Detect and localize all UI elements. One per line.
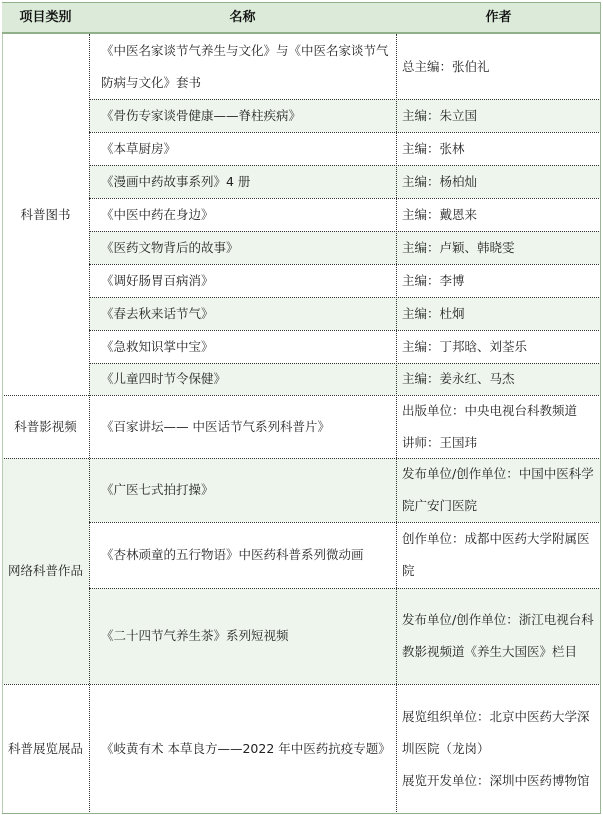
column-divider — [89, 34, 90, 814]
author-cell: 展览组织单位：北京中医药大学深圳医院（龙岗） 展览开发单位：深圳中医药博物馆 — [396, 684, 601, 814]
row-divider — [2, 395, 601, 396]
row-divider — [89, 297, 601, 298]
table-left-edge — [2, 34, 3, 814]
name-text: 《中医名家谈节气养生与文化》与《中医名家谈节气防病与文化》套书 — [101, 35, 390, 99]
table-row: 《调好肠胃百病消》 主编：李博 — [2, 264, 601, 297]
row-divider — [89, 198, 601, 199]
name-text: 《儿童四时节令保健》 — [101, 363, 226, 395]
category-text: 科普图书 — [2, 34, 89, 395]
table-row: 《儿童四时节令保健》 主编：姜永红、马杰 — [2, 363, 601, 395]
name-cell: 《医药文物背后的故事》 — [89, 231, 396, 264]
name-cell: 《广医七式拍打操》 — [89, 458, 396, 522]
table-row: 《本草厨房》 主编：张林 — [2, 132, 601, 165]
name-text: 《广医七式拍打操》 — [101, 474, 214, 506]
name-cell: 《漫画中药故事系列》4 册 — [89, 165, 396, 198]
row-divider — [89, 363, 601, 364]
name-text: 《骨伤专家谈骨健康——脊柱疾病》 — [101, 100, 301, 132]
author-cell: 发布单位/创作单位：中国中医科学院广安门医院 — [396, 458, 601, 522]
name-cell: 《杏林顽童的五行物语》中医药科普系列微动画 — [89, 522, 396, 588]
table-row: 《漫画中药故事系列》4 册 主编：杨柏灿 — [2, 165, 601, 198]
name-cell: 《本草厨房》 — [89, 132, 396, 165]
row-divider — [89, 132, 601, 133]
table-row: 《急救知识掌中宝》 主编：丁邦晗、刘荃乐 — [2, 330, 601, 363]
table-row: 《春去秋来话节气》 主编：杜炯 — [2, 297, 601, 330]
author-cell: 创作单位：成都中医药大学附属医院 — [396, 522, 601, 588]
name-text: 《急救知识掌中宝》 — [101, 331, 214, 363]
row-divider — [89, 264, 601, 265]
column-divider — [396, 34, 397, 814]
author-cell: 主编：戴恩来 — [396, 198, 601, 231]
name-cell: 《岐黄有术 本草良方——2022 年中医药抗疫专题》 — [89, 684, 396, 814]
author-text: 总主编：张伯礼 — [402, 51, 490, 83]
name-text: 《漫画中药故事系列》4 册 — [101, 166, 250, 198]
header-name: 名称 — [89, 3, 396, 33]
name-cell: 《中医中药在身边》 — [89, 198, 396, 231]
header-author: 作者 — [396, 3, 601, 33]
category-label: 科普展览展品 — [8, 733, 83, 765]
row-divider — [89, 522, 601, 523]
table-row: 科普展览展品 《岐黄有术 本草良方——2022 年中医药抗疫专题》 展览组织单位… — [2, 684, 601, 814]
category-cell-exhibition: 科普展览展品 — [2, 684, 89, 814]
author-text: 主编：戴恩来 — [402, 199, 477, 231]
name-text: 《调好肠胃百病消》 — [101, 265, 214, 297]
name-cell: 《急救知识掌中宝》 — [89, 330, 396, 363]
row-divider — [89, 231, 601, 232]
table-row: 《骨伤专家谈骨健康——脊柱疾病》 主编：朱立国 — [2, 99, 601, 132]
author-text: 主编：卢颖、韩晓雯 — [402, 232, 515, 264]
name-cell: 《儿童四时节令保健》 — [89, 363, 396, 395]
author-text: 主编：杜炯 — [402, 298, 465, 330]
author-text: 主编：丁邦晗、刘荃乐 — [402, 331, 527, 363]
name-cell: 《调好肠胃百病消》 — [89, 264, 396, 297]
row-divider — [2, 458, 601, 459]
author-cell: 主编：杜炯 — [396, 297, 601, 330]
author-cell: 主编：杨柏灿 — [396, 165, 601, 198]
name-cell: 《中医名家谈节气养生与文化》与《中医名家谈节气防病与文化》套书 — [89, 34, 396, 99]
table-row: 《医药文物背后的故事》 主编：卢颖、韩晓雯 — [2, 231, 601, 264]
author-text: 发布单位/创作单位：浙江电视台科教影视频道《养生大国医》栏目 — [402, 604, 597, 668]
author-line: 展览开发单位：深圳中医药博物馆 — [402, 765, 590, 797]
row-divider — [89, 165, 601, 166]
author-text: 主编：朱立国 — [402, 100, 477, 132]
category-label: 科普图书 — [20, 199, 70, 231]
author-text: 主编：姜永红、马杰 — [402, 363, 515, 395]
category-cell-books: 科普图书 — [2, 34, 89, 395]
category-label: 科普影视频 — [14, 411, 77, 443]
table-right-edge — [600, 2, 601, 814]
table-row: 《中医中药在身边》 主编：戴恩来 — [2, 198, 601, 231]
author-text: 主编：李博 — [402, 265, 465, 297]
author-cell: 主编：朱立国 — [396, 99, 601, 132]
author-cell: 发布单位/创作单位：浙江电视台科教影视频道《养生大国医》栏目 — [396, 588, 601, 684]
header-category: 项目类别 — [2, 3, 89, 33]
author-text: 发布单位/创作单位：中国中医科学院广安门医院 — [402, 458, 597, 522]
name-text: 《本草厨房》 — [101, 133, 176, 165]
awards-table: 项目类别 名称 作者 《中医名家谈节气养生与文化》与《中医名家谈节气防病与文化》… — [2, 2, 601, 814]
table-header: 项目类别 名称 作者 — [2, 2, 601, 34]
author-text: 创作单位：成都中医药大学附属医院 — [402, 523, 597, 587]
author-cell: 主编：卢颖、韩晓雯 — [396, 231, 601, 264]
author-line: 出版单位：中央电视台科教频道 — [402, 395, 577, 427]
name-text: 《中医中药在身边》 — [101, 199, 214, 231]
table-row: 《广医七式拍打操》 发布单位/创作单位：中国中医科学院广安门医院 — [2, 458, 601, 522]
row-divider — [89, 588, 601, 589]
name-text: 《二十四节气养生茶》系列短视频 — [101, 620, 289, 652]
author-cell: 主编：姜永红、马杰 — [396, 363, 601, 395]
table-row: 科普影视频 《百家讲坛—— 中医话节气系列科普片》 出版单位：中央电视台科教频道… — [2, 395, 601, 458]
category-cell-network: 网络科普作品 — [2, 458, 89, 684]
row-divider — [89, 330, 601, 331]
category-cell-video: 科普影视频 — [2, 395, 89, 458]
author-text: 主编：张林 — [402, 133, 465, 165]
author-line: 讲师：王国玮 — [402, 427, 477, 459]
category-label: 网络科普作品 — [8, 555, 83, 587]
table-row: 《二十四节气养生茶》系列短视频 发布单位/创作单位：浙江电视台科教影视频道《养生… — [2, 588, 601, 684]
category-text: 网络科普作品 — [2, 458, 89, 684]
author-cell: 出版单位：中央电视台科教频道 讲师：王国玮 — [396, 395, 601, 458]
name-text: 《岐黄有术 本草良方——2022 年中医药抗疫专题》 — [101, 733, 390, 765]
name-cell: 《骨伤专家谈骨健康——脊柱疾病》 — [89, 99, 396, 132]
table-bottom-border — [2, 813, 601, 814]
name-cell: 《春去秋来话节气》 — [89, 297, 396, 330]
author-cell: 总主编：张伯礼 — [396, 34, 601, 99]
row-divider — [89, 99, 601, 100]
table-row: 《杏林顽童的五行物语》中医药科普系列微动画 创作单位：成都中医药大学附属医院 — [2, 522, 601, 588]
name-text: 《医药文物背后的故事》 — [101, 232, 239, 264]
name-text: 《杏林顽童的五行物语》中医药科普系列微动画 — [101, 539, 364, 571]
name-text: 《百家讲坛—— 中医话节气系列科普片》 — [101, 411, 330, 443]
author-cell: 主编：李博 — [396, 264, 601, 297]
name-text: 《春去秋来话节气》 — [101, 298, 214, 330]
author-text: 主编：杨柏灿 — [402, 166, 477, 198]
author-cell: 主编：张林 — [396, 132, 601, 165]
author-line: 展览组织单位：北京中医药大学深圳医院（龙岗） — [402, 701, 597, 765]
row-divider — [2, 684, 601, 685]
name-cell: 《百家讲坛—— 中医话节气系列科普片》 — [89, 395, 396, 458]
name-cell: 《二十四节气养生茶》系列短视频 — [89, 588, 396, 684]
author-cell: 主编：丁邦晗、刘荃乐 — [396, 330, 601, 363]
table-row: 《中医名家谈节气养生与文化》与《中医名家谈节气防病与文化》套书 总主编：张伯礼 — [2, 34, 601, 99]
